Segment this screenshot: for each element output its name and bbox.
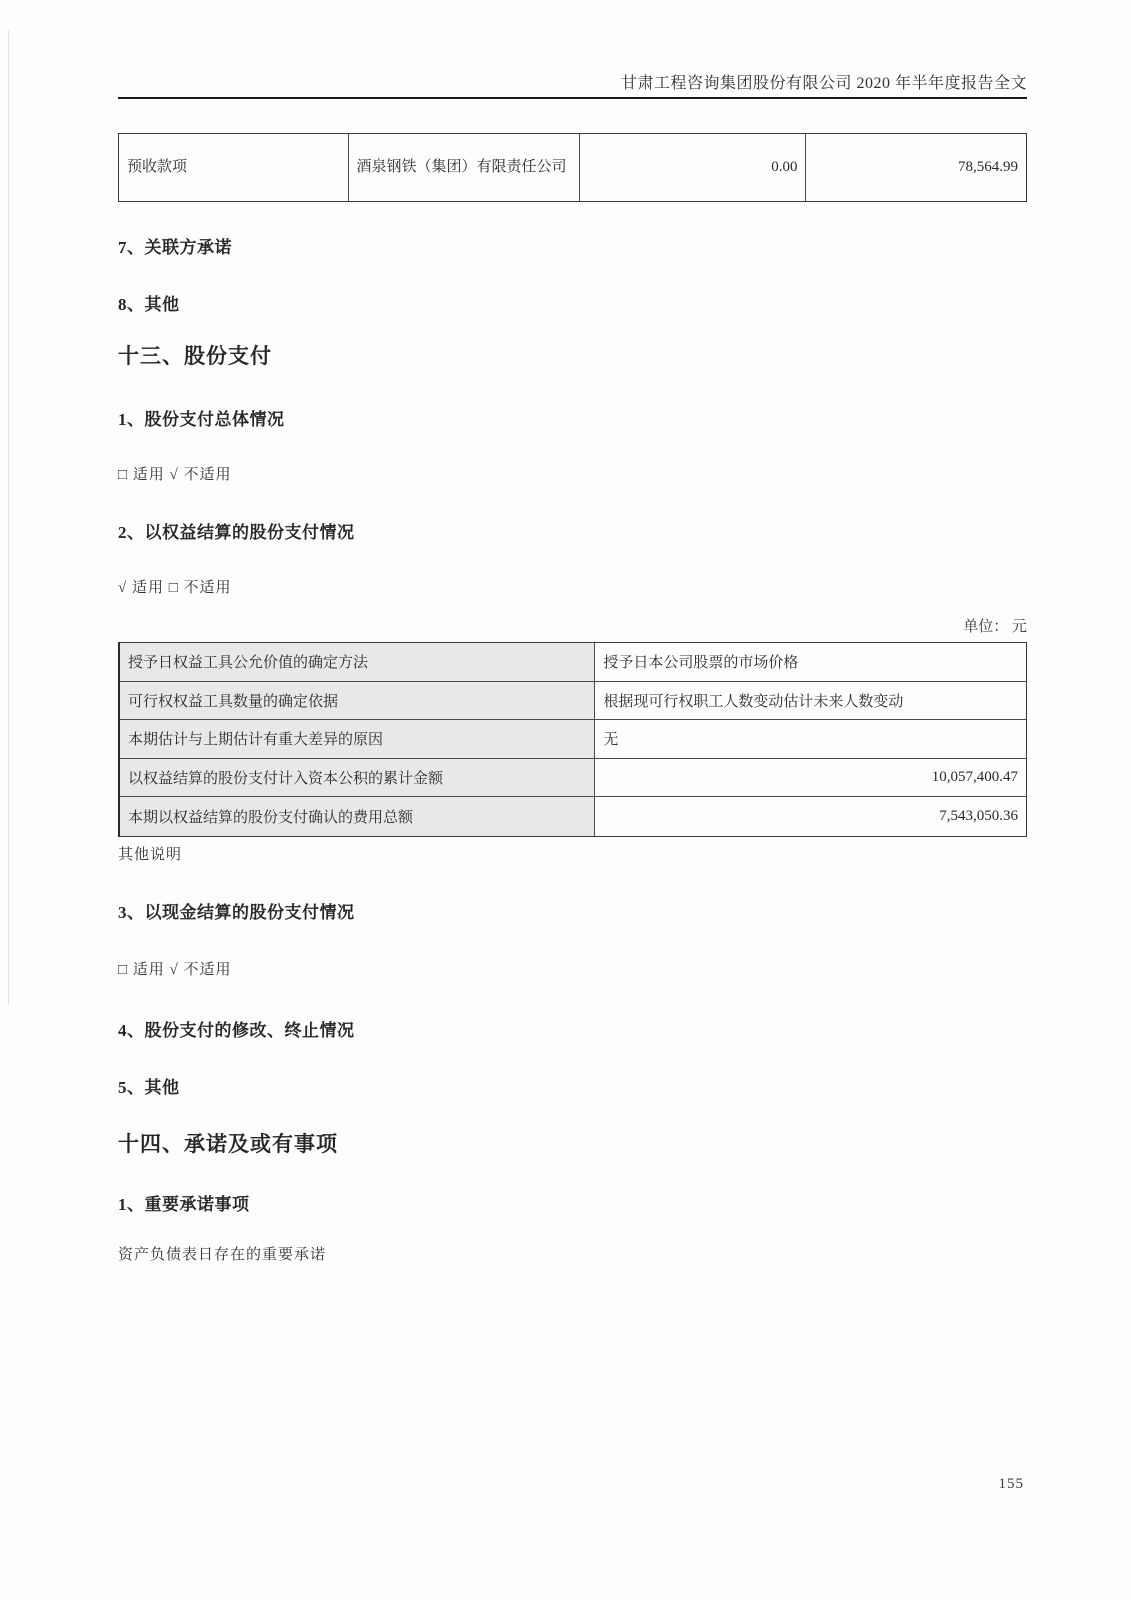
table-cell-amount-current: 0.00	[580, 134, 807, 201]
table-row: 本期以权益结算的股份支付确认的费用总额 7,543,050.36	[120, 797, 1026, 836]
unit-label: 单位： 元	[118, 615, 1027, 636]
table-label-cell: 可行权权益工具数量的确定依据	[120, 682, 595, 720]
report-header-title: 甘肃工程咨询集团股份有限公司 2020 年半年度报告全文	[118, 70, 1027, 93]
balance-sheet-note: 资产负债表日存在的重要承诺	[118, 1243, 1027, 1264]
heading-ch13-s2: 2、以权益结算的股份支付情况	[118, 518, 1027, 543]
related-party-table: 预收款项 酒泉钢铁（集团）有限责任公司 0.00 78,564.99	[118, 133, 1027, 202]
table-row: 可行权权益工具数量的确定依据 根据现可行权职工人数变动估计未来人数变动	[120, 682, 1026, 721]
other-note-label: 其他说明	[118, 843, 1027, 864]
table-label-cell: 本期估计与上期估计有重大差异的原因	[120, 720, 595, 758]
table-value-cell: 根据现可行权职工人数变动估计未来人数变动	[595, 682, 1026, 720]
table-cell-item: 预收款项	[119, 134, 349, 201]
heading-ch14: 十四、承诺及或有事项	[118, 1128, 1027, 1158]
heading-ch13: 十三、股份支付	[118, 340, 1027, 370]
page-number: 155	[118, 1476, 1027, 1493]
equity-settled-table: 授予日权益工具公允价值的确定方法 授予日本公司股票的市场价格 可行权权益工具数量…	[118, 642, 1027, 837]
header-rule	[118, 97, 1027, 99]
table-label-cell: 本期以权益结算的股份支付确认的费用总额	[120, 797, 595, 836]
applicability-line-not-applicable-1: □ 适用 √ 不适用	[118, 463, 1027, 484]
heading-ch13-s4: 4、股份支付的修改、终止情况	[118, 1016, 1027, 1041]
table-value-cell-amount: 7,543,050.36	[595, 797, 1026, 836]
heading-ch13-s5: 5、其他	[118, 1073, 1027, 1098]
applicability-line-applicable: √ 适用 □ 不适用	[118, 576, 1027, 597]
table-value-cell: 无	[595, 720, 1026, 758]
heading-s8: 8、其他	[118, 290, 1027, 315]
applicability-line-not-applicable-2: □ 适用 √ 不适用	[118, 958, 1027, 979]
report-page: 甘肃工程咨询集团股份有限公司 2020 年半年度报告全文 预收款项 酒泉钢铁（集…	[0, 0, 1131, 1600]
table-cell-amount-prior: 78,564.99	[806, 134, 1026, 201]
heading-ch14-s1: 1、重要承诺事项	[118, 1190, 1027, 1215]
table-label-cell: 授予日权益工具公允价值的确定方法	[120, 643, 595, 681]
heading-s7: 7、关联方承诺	[118, 233, 1027, 258]
scan-artifact-line	[8, 30, 9, 1005]
table-value-cell: 授予日本公司股票的市场价格	[595, 643, 1026, 681]
table-row: 本期估计与上期估计有重大差异的原因 无	[120, 720, 1026, 759]
heading-ch13-s3: 3、以现金结算的股份支付情况	[118, 898, 1027, 923]
table-label-cell: 以权益结算的股份支付计入资本公积的累计金额	[120, 759, 595, 797]
table-row: 以权益结算的股份支付计入资本公积的累计金额 10,057,400.47	[120, 759, 1026, 798]
table-row: 授予日权益工具公允价值的确定方法 授予日本公司股票的市场价格	[120, 643, 1026, 682]
table-value-cell-amount: 10,057,400.47	[595, 759, 1026, 797]
heading-ch13-s1: 1、股份支付总体情况	[118, 405, 1027, 430]
table-cell-party: 酒泉钢铁（集团）有限责任公司	[349, 134, 580, 201]
